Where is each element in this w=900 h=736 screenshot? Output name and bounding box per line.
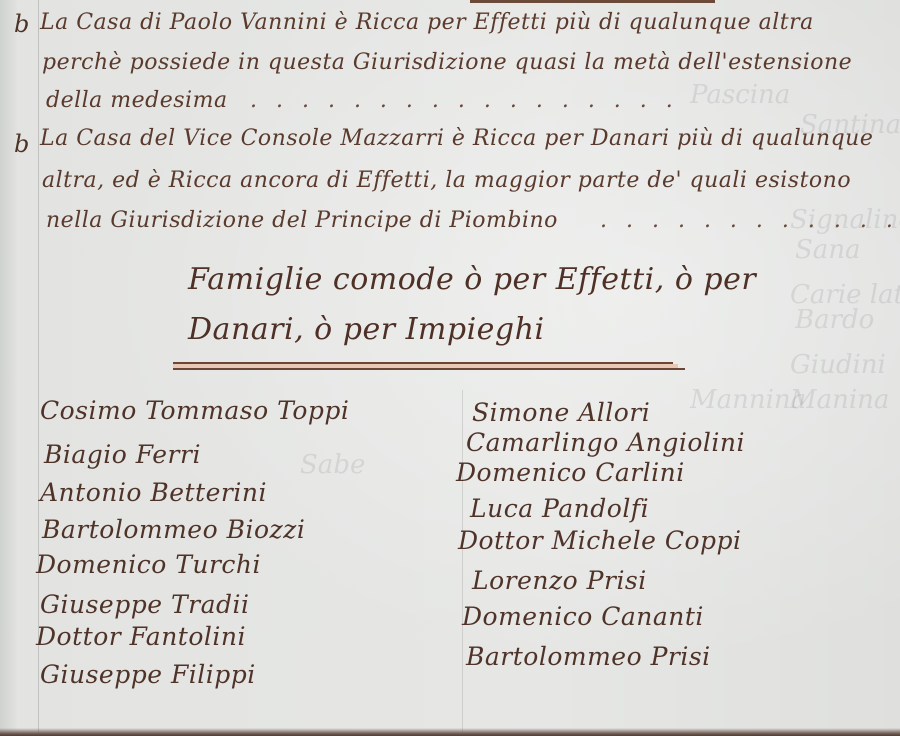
bleed-through-text: Bardo	[795, 305, 874, 335]
name-list-item: Domenico Carlini	[456, 458, 685, 487]
paragraph-1-dots: . . . . . . . . . . . . . . . . .	[250, 90, 679, 112]
page-bottom-edge	[0, 728, 900, 736]
bleed-through-text: Giudini	[790, 350, 886, 380]
bleed-through-text: Pascina	[690, 80, 790, 110]
name-list-item: Simone Allori	[472, 398, 650, 427]
paragraph-2-line-2: altra, ed è Ricca ancora di Effetti, la …	[42, 170, 851, 192]
name-list-item: Bartolommeo Biozzi	[42, 515, 305, 544]
paragraph-1-line-2: perchè possiede in questa Giurisdizione …	[42, 52, 852, 74]
heading-double-underline	[173, 362, 685, 374]
name-list-item: Giuseppe Filippi	[40, 660, 256, 689]
bleed-through-text: Sana	[795, 235, 861, 265]
paragraph-2-line-1: La Casa del Vice Console Mazzarri è Ricc…	[40, 128, 873, 150]
page-fold-line	[462, 390, 463, 736]
paragraph-2-line-3: nella Giurisdizione del Principe di Piom…	[46, 210, 558, 232]
name-list-item: Dottor Fantolini	[36, 622, 246, 651]
name-list-item: Lorenzo Prisi	[472, 566, 647, 595]
bleed-through-text: Sabe	[300, 450, 365, 480]
name-list-item: Biagio Ferri	[44, 440, 201, 469]
paragraph-1-line-3: della medesima	[46, 90, 228, 112]
manuscript-page: Pascina Santina Signaline Sana Carie lat…	[0, 0, 900, 736]
name-list-item: Bartolommeo Prisi	[466, 642, 711, 671]
name-list-item: Domenico Cananti	[462, 602, 704, 631]
paragraph-2-dots: . . . . . . . . . . . . . .	[600, 210, 900, 232]
name-list-item: Antonio Betterini	[40, 478, 267, 507]
name-list-item: Camarlingo Angiolini	[466, 428, 745, 457]
top-ink-rule	[470, 0, 715, 3]
paragraph-1-line-1: La Casa di Paolo Vannini è Ricca per Eff…	[40, 12, 814, 34]
name-list-item: Cosimo Tommaso Toppi	[40, 396, 349, 425]
name-list-item: Luca Pandolfi	[470, 494, 649, 523]
name-list-item: Domenico Turchi	[36, 550, 261, 579]
paragraph-marker: b	[14, 130, 30, 158]
section-heading-line-1: Famiglie comode ò per Effetti, ò per	[188, 262, 756, 297]
name-list-item: Giuseppe Tradii	[40, 590, 249, 619]
name-list-item: Dottor Michele Coppi	[458, 526, 742, 555]
paragraph-marker: b	[14, 10, 30, 38]
bleed-through-text: Mannina	[690, 385, 806, 415]
section-heading-line-2: Danari, ò per Impieghi	[188, 312, 545, 347]
